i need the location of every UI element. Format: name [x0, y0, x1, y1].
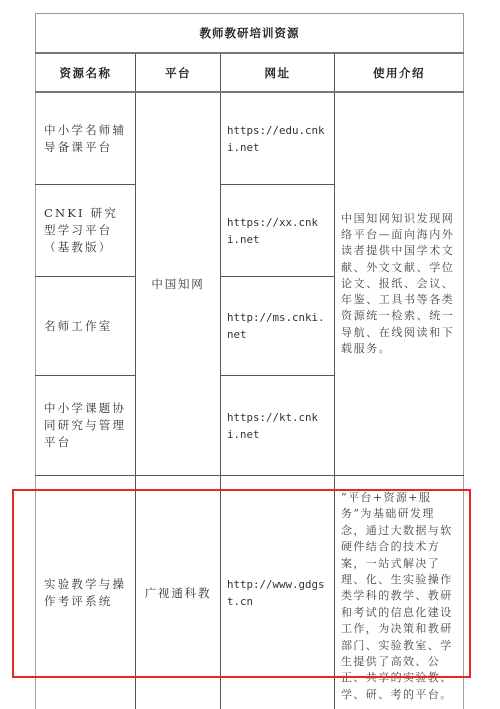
resource-document: 教师教研培训资源 资源名称 平台 网址 使用介绍 中小学名师辅导备课平台 中国知…	[35, 13, 463, 696]
resource-name: 名师工作室	[36, 277, 136, 376]
teacher-training-resources-table: 教师教研培训资源 资源名称 平台 网址 使用介绍 中小学名师辅导备课平台 中国知…	[35, 13, 464, 709]
header-usage-intro: 使用介绍	[335, 53, 464, 92]
platform-gst: 广视通科教	[136, 476, 221, 709]
header-url: 网址	[221, 53, 335, 92]
table-title: 教师教研培训资源	[36, 14, 464, 54]
table-row-highlighted: 实验教学与操作考评系统 广视通科教 http://www.gdgst.cn “平…	[36, 476, 464, 709]
resource-name: CNKI 研究型学习平台（基教版）	[36, 185, 136, 277]
resource-url-link[interactable]: http://www.gdgst.cn	[221, 476, 335, 709]
header-platform: 平台	[136, 53, 221, 92]
table-header-row: 资源名称 平台 网址 使用介绍	[36, 53, 464, 92]
table-title-row: 教师教研培训资源	[36, 14, 464, 54]
resource-url-link[interactable]: https://xx.cnki.net	[221, 185, 335, 277]
gst-description: “平台+资源+服务”为基础研发理念，通过大数据与软硬件结合的技术方案，一站式解决…	[335, 476, 464, 709]
resource-name: 中小学课题协同研究与管理平台	[36, 376, 136, 476]
cnki-description: 中国知网知识发现网络平台—面向海内外读者提供中国学术文献、外文文献、学位论文、报…	[335, 92, 464, 476]
resource-url-link[interactable]: https://edu.cnki.net	[221, 92, 335, 185]
platform-cnki: 中国知网	[136, 92, 221, 476]
header-resource-name: 资源名称	[36, 53, 136, 92]
resource-name: 实验教学与操作考评系统	[36, 476, 136, 709]
resource-name: 中小学名师辅导备课平台	[36, 92, 136, 185]
resource-url-link[interactable]: https://kt.cnki.net	[221, 376, 335, 476]
table-row: 中小学名师辅导备课平台 中国知网 https://edu.cnki.net 中国…	[36, 92, 464, 185]
resource-url-link[interactable]: http://ms.cnki.net	[221, 277, 335, 376]
